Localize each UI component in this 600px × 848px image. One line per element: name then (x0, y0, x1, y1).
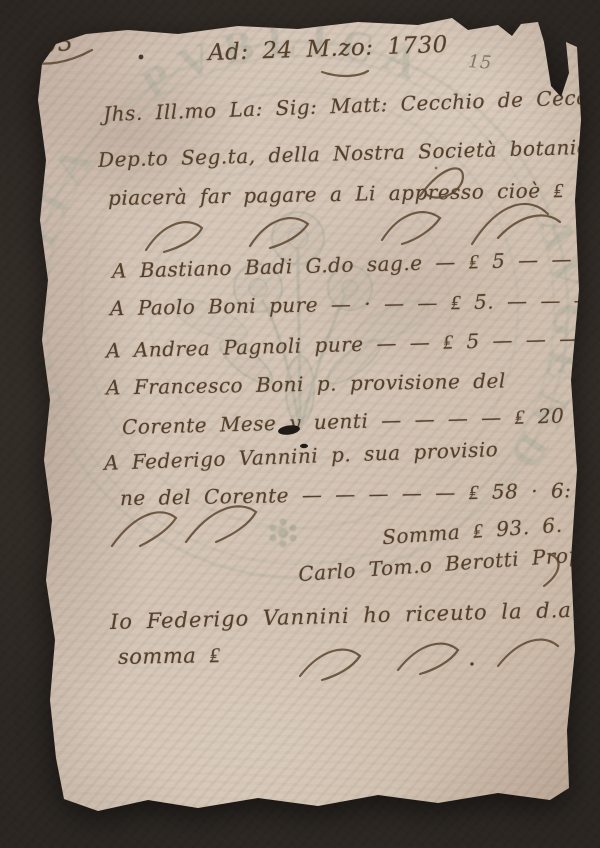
signature-paraph (544, 554, 559, 586)
manuscript-paper: SPERITA PVBLICA AVGEND (0, 0, 600, 848)
salutation-line-2: Dep.to Seg.ta, della Nostra Società bota… (98, 132, 600, 172)
pencil-page-number: 15 (467, 51, 492, 74)
paraph-presum-a (112, 512, 176, 546)
sum-line: Somma ₤ 93. 6. 8 (381, 511, 589, 550)
seal-ring-text-left-container: SPERITA (6, 128, 108, 419)
paraph-row1-c (382, 212, 440, 244)
receipt-line-2: somma ₤ (118, 643, 221, 670)
seal-rosette (270, 519, 297, 548)
seal-ring-text-right: AVGEND (494, 211, 595, 487)
paraph-row1-e (498, 215, 560, 238)
seal-outer-ring (32, 42, 568, 578)
salutation-line-1: Jhs. Ill.mo La: Sig: Matt: Cecchio de Ce… (103, 82, 600, 126)
salutation-line-3: piacerà far pagare a Li appresso cioè ₤ (108, 178, 564, 211)
seal-ring-text-top: PVBLICA (133, 15, 437, 109)
payment-line-5: Corente Mese y uenti — — — — ₤ 20 — — — (122, 401, 600, 440)
ink-flourishes (0, 0, 600, 848)
paraph-row1-b (250, 218, 308, 248)
watermark-seal: SPERITA PVBLICA AVGEND (0, 0, 600, 848)
seal-inner-ring (82, 92, 518, 528)
payment-line-3: A Andrea Pagnoli pure — — ₤ 5 — — — — (106, 325, 600, 363)
paraph-receipt-a (300, 650, 360, 680)
paraph-receipt-c (498, 640, 558, 666)
seal-botanical-ornament (168, 212, 434, 430)
paraph-receipt-b (398, 644, 458, 674)
paraph-row1-d (472, 204, 548, 244)
archive-mat-background: SPERITA PVBLICA AVGEND (0, 0, 600, 848)
payment-line-1: A Bastiano Badi G.do sag.e — ₤ 5 — — — — (112, 245, 600, 284)
seal-second-ring (46, 56, 554, 564)
ink-blots (139, 55, 474, 666)
payment-line-2: A Paolo Boni pure — · — — ₤ 5. — — — (110, 288, 595, 321)
flourish-under-date (322, 71, 368, 76)
payment-line-6: A Federigo Vannini p. sua provisio (104, 437, 499, 475)
payment-line-4: A Francesco Boni p. provisione del (106, 369, 506, 400)
seal-ring-text-left: SPERITA (6, 128, 108, 419)
manuscript-paper-wrap: SPERITA PVBLICA AVGEND (0, 0, 600, 848)
seal-ring-text-right-container: AVGEND (494, 211, 595, 487)
seal-ring-text-top-container: PVBLICA (133, 15, 437, 109)
paraph-after-salutation (420, 168, 463, 197)
seal-core-ring (150, 160, 450, 460)
archival-number: 103 (25, 28, 75, 61)
signature-line: Carlo Tom.o Berotti Prop. (298, 542, 590, 586)
paraph-row1-a (146, 222, 202, 252)
receipt-line-1: Io Federigo Vannini ho riceuto la d.a (110, 598, 572, 634)
date-line: Ad: 24 M.zo: 1730 (208, 32, 449, 66)
flourish-under-archival-number (22, 50, 92, 64)
paraph-presum-b (186, 506, 256, 542)
payment-line-7: ne del Corente — — — — — ₤ 58 · 6: 8 (120, 478, 598, 511)
